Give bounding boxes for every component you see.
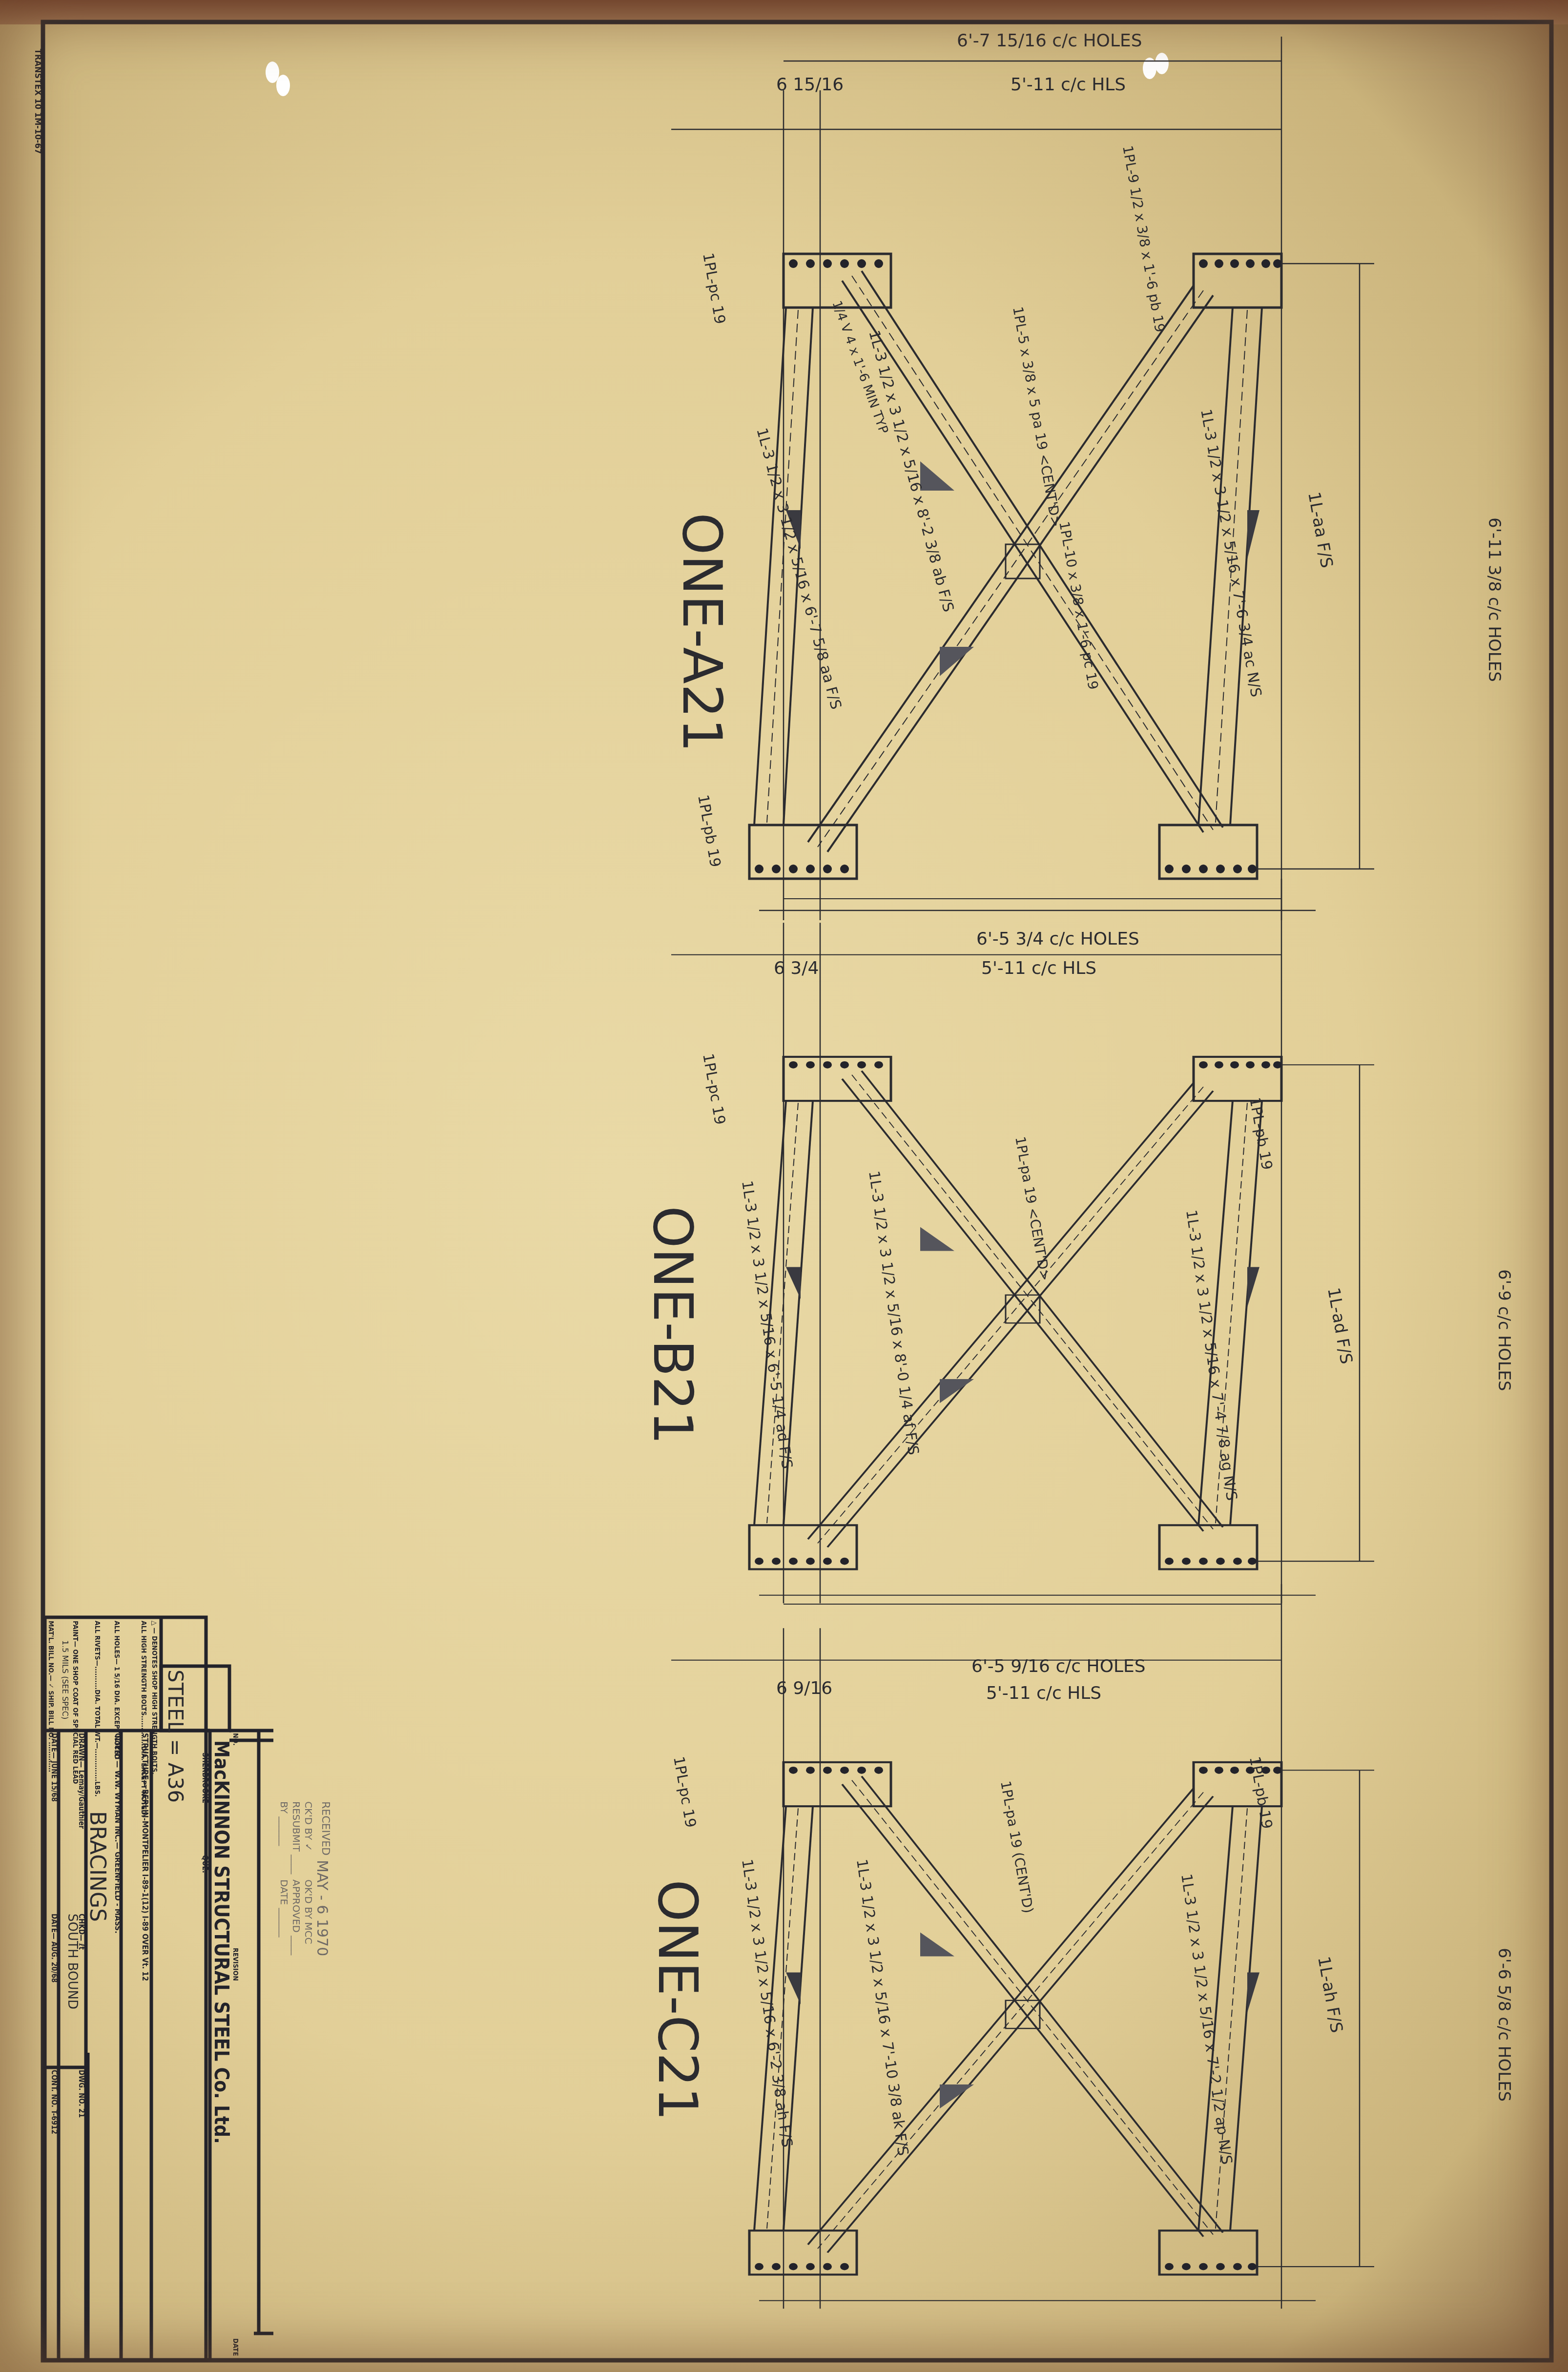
punch-hole <box>1155 53 1169 74</box>
company-city: SHERBROOKE <box>201 1753 209 1803</box>
company-name: MacKINNON STRUCTURAL STEEL Co. Ltd. <box>210 1740 232 2144</box>
dim-span-a21: 5'-11 c/c HLS <box>1011 75 1126 95</box>
member-leg-c21: 1L-ah F/S <box>1314 1955 1346 2035</box>
dim-span-c21: 5'-11 c/c HLS <box>986 1683 1101 1703</box>
plate-pa-b21: 1PL-pa 19 <CENT'D> <box>1012 1135 1053 1282</box>
received-stamp: RECEIVED MAY - 6 1970 CK'D BY ✓ OK'D BY … <box>278 1801 331 1956</box>
plate-pa-c21: 1PL-pa 19 (CENT'D) <box>997 1779 1036 1914</box>
dim-height-c21: 6'-6 5/8 c/c HOLES <box>1494 1948 1514 2102</box>
member-ah-c21: 1L-3 1/2 x 3 1/2 x 5/16 x 6'-2 3/8 ah F/… <box>738 1858 796 2148</box>
plate-pb-b21: 1PL-pb 19 <box>1246 1096 1276 1171</box>
drawing-sheet: TRANSTEX 10 1M-10-67 <box>0 0 1568 2372</box>
svg-text:DATE ______: DATE ______ <box>278 1879 290 1938</box>
date-drawn-field: DATE— JUNE 15/68 <box>50 1733 59 1802</box>
plate-pc-b21: 1PL-pc 19 <box>699 1052 728 1126</box>
dim-overall-a21: 6'-7 15/16 c/c HOLES <box>957 31 1142 51</box>
dim-edge-c21: 6 9/16 <box>776 1678 832 1698</box>
note-rivets: ALL RIVETS—..........DIA. TOTAL WT.—....… <box>93 1621 101 1797</box>
member-ak-c21: 1L-3 1/2 x 3 1/2 x 5/16 x 7'-10 3/8 ak F… <box>853 1858 911 2157</box>
mark-one-b21: ONE-B21 <box>641 1206 704 1445</box>
member-leg-b21: 1L-ad F/S <box>1323 1286 1356 1366</box>
rev-no-header: NO. <box>231 1733 239 1746</box>
bracing-drawing-b21 <box>671 879 1374 1603</box>
punch-hole <box>266 62 279 83</box>
plate-pc-a21: 1PL-pc 19 <box>699 251 728 325</box>
received-date: MAY - 6 1970 <box>313 1860 330 1956</box>
plate-pb-a21: 1PL-pb 19 <box>694 793 724 868</box>
plate-pa-a21: 1PL-5 x 3/8 x 5 pa 19 <CENT'D> <box>1010 305 1064 528</box>
svg-text:BY ______: BY ______ <box>278 1801 290 1846</box>
mark-one-c21: ONE-C21 <box>646 1879 709 2121</box>
dim-height-b21: 6'-9 c/c HOLES <box>1494 1269 1514 1391</box>
steel-grade-note: STEEL = A36 <box>164 1670 187 1803</box>
company-province: QUE. <box>201 1855 209 1873</box>
dim-overall-c21: 6'-5 9/16 c/c HOLES <box>971 1656 1146 1676</box>
member-ag-b21: 1L-3 1/2 x 3 1/2 x 5/16 x 7'-4 7/8 ag N/… <box>1182 1209 1240 1502</box>
svg-text:APPROVED ____: APPROVED ____ <box>290 1879 302 1956</box>
paper-stamp: TRANSTEX 10 1M-10-67 <box>33 49 43 154</box>
punch-hole <box>276 75 290 96</box>
note-paint-spec: 1.5 MILS (SEE SPEC) <box>61 1640 70 1719</box>
rev-date-header: DATE <box>231 2338 239 2356</box>
drawing-canvas: TRANSTEX 10 1M-10-67 <box>0 0 1568 2372</box>
client-field: CLIENT— W.W. WYMAN INC.— GREENFIELD - MA… <box>113 1733 123 1934</box>
member-aa-a21: 1L-3 1/2 x 3 1/2 x 5/16 x 6'-7 5/8 aa F/… <box>753 426 845 711</box>
plate-pb-c21: 1PL-pb 19 <box>1246 1755 1276 1830</box>
plate-pb-detail-a21: 1PL-9 1/2 x 3/8 x 1'-6 pb 19 <box>1119 144 1168 333</box>
svg-text:RESUBMIT ____: RESUBMIT ____ <box>290 1801 302 1875</box>
date-checked-field: DATE— AUG. 20/68 <box>50 1914 59 1982</box>
dim-overall-b21: 6'-5 3/4 c/c HOLES <box>976 929 1139 949</box>
plate-pc-c21: 1PL-pc 19 <box>670 1755 699 1829</box>
contract-number: CONT. NO. T-6912 <box>50 2070 59 2134</box>
svg-text:RECEIVED: RECEIVED <box>319 1801 331 1856</box>
plate-pc-detail-a21: 1PL-10 x 3/8 x 1'-6 pc 19 <box>1056 520 1101 691</box>
note-shop-bolts: △ — DENOTES SHOP HIGH STRENGTH BOLTS. <box>150 1621 158 1774</box>
svg-text:CK'D BY ✓: CK'D BY ✓ <box>303 1801 314 1851</box>
member-leg-a21: 1L-aa F/S <box>1304 491 1337 570</box>
member-ad-b21: 1L-3 1/2 x 3 1/2 x 5/16 x 6'-5 1/4 ad F/… <box>738 1179 796 1470</box>
structure-field: STRUCTURE— BERLIN-MONTPELIER I-89-1(12) … <box>141 1733 150 1981</box>
dim-height-a21: 6'-11 3/8 c/c HOLES <box>1485 517 1504 682</box>
dim-edge-a21: 6 15/16 <box>776 75 844 95</box>
drawing-title: BRACINGS <box>85 1811 110 1922</box>
title-block: MacKINNON STRUCTURAL STEEL Co. Ltd. SHER… <box>45 1617 273 2360</box>
checked-by-field: CHKD— ℓt <box>77 1914 86 1950</box>
member-ac-a21: 1L-3 1/2 x 3 1/2 x 5/16 x 7'-6 3/4 ac N/… <box>1197 408 1264 698</box>
dim-span-b21: 5'-11 c/c HLS <box>981 958 1096 978</box>
member-ab-a21: 1L-3 1/2 x 3 1/2 x 5/16 x 8'-2 3/8 ab F/… <box>865 329 957 614</box>
member-af-b21: 1L-3 1/2 x 3 1/2 x 5/16 x 8'-0 1/4 af F/… <box>865 1170 922 1456</box>
dim-edge-b21: 6 3/4 <box>774 958 819 978</box>
mark-one-a21: ONE-A21 <box>671 513 733 752</box>
drawing-number: DWG. NO. 21 <box>77 2070 86 2118</box>
okd-by-signature: OK'D BY MCC <box>303 1879 314 1944</box>
drawn-by-field: DRAWN— Lemay/Gauthier <box>77 1733 86 1829</box>
rev-revision-header: REVISION <box>231 1948 239 1981</box>
